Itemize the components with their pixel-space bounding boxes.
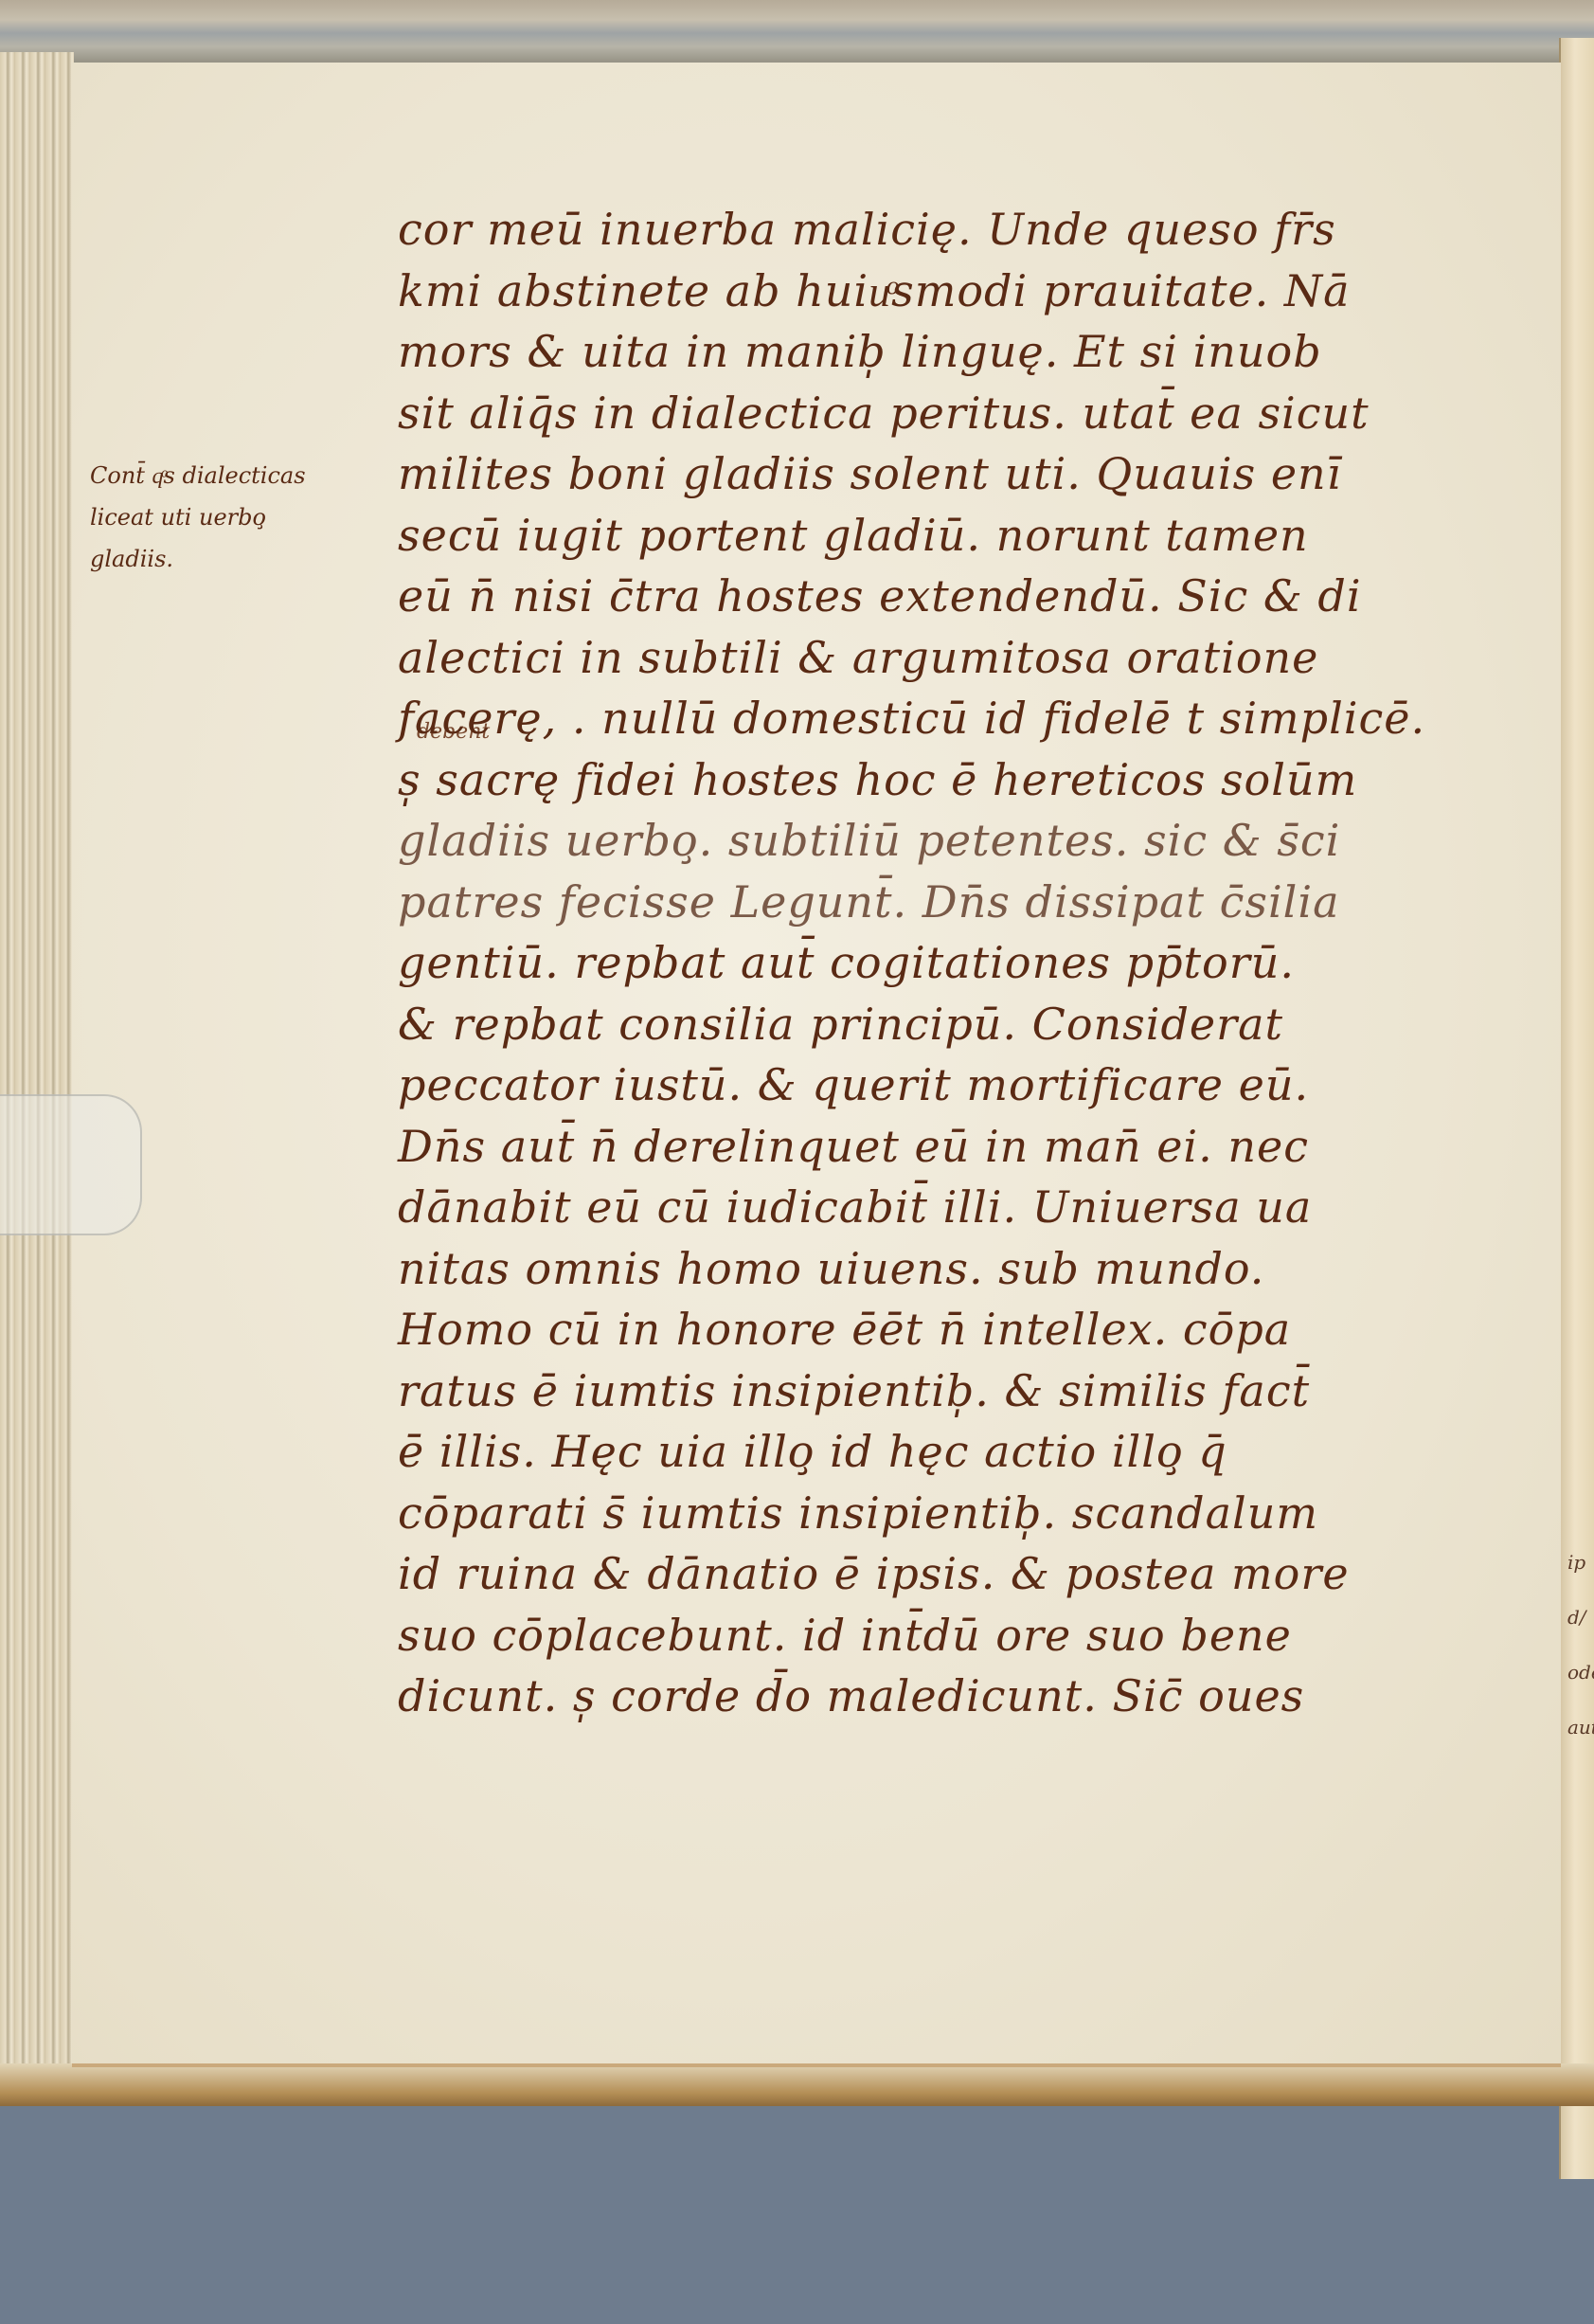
text-line: suo cōplacebunt. id int̄dū ore suo ben… <box>398 1605 1478 1666</box>
text-line: patres fecisse Legunt̄. Dn̄s dissipat c̄… <box>398 872 1478 933</box>
text-line: Dn̄s aut̄ n̄ derelinquet eū in man̄ ei.… <box>398 1116 1478 1178</box>
binding-top-edge <box>0 0 1594 66</box>
facing-fragment: ode <box>1567 1645 1594 1700</box>
margin-note-line: gladiis. <box>90 538 393 580</box>
facing-fragment: ip <box>1567 1535 1594 1590</box>
margin-note-line: Cont̄ qͦs dialecticas <box>90 455 393 496</box>
text-line: mors & uita in manib̩ linguę. Et si inu… <box>398 321 1478 383</box>
facing-fragment: aut. <box>1567 1700 1594 1755</box>
text-line: eū n̄ nisi c̄tra hostes extendendū. Si… <box>398 566 1478 627</box>
text-line: & repbat consilia principū. Considerat <box>398 994 1478 1055</box>
text-line: milites boni gladiis solent uti. Quauis … <box>398 443 1478 505</box>
text-line: cōparati s̄ iumtis insipientib̩. scanda… <box>398 1483 1478 1544</box>
text-line: sit aliq̄s in dialectica peritus. utat̄ … <box>398 383 1478 444</box>
margin-note-line: liceat uti uerbo̧ <box>90 496 393 538</box>
marginal-note: Cont̄ qͦs dialecticas liceat uti uerbo̧ … <box>90 455 393 580</box>
text-line: secū iugit portent gladiū. norunt tame… <box>398 505 1478 567</box>
text-line: gentiū. repbat aut̄ cogitationes pp̄tor… <box>398 932 1478 994</box>
page-holder-clip <box>0 1094 142 1235</box>
text-line: nitas omnis homo uiuens. sub mundo. <box>398 1238 1478 1300</box>
text-line: dānabit eū cū iudicabit̄ illi. Uniuer… <box>398 1177 1478 1238</box>
text-line: dicunt. s̩ corde d̄o maledicunt. Sic̄ ou… <box>398 1666 1478 1727</box>
stacked-page-edges <box>0 52 74 2099</box>
facing-fragment: d/ <box>1567 1590 1594 1645</box>
text-line: s̩ sacrę fidei hostes hoc ē hereticos … <box>398 749 1478 811</box>
main-text-block: cor meū inuerba malicię. Unde queso fr… <box>398 199 1478 1727</box>
text-line: alectici in subtili & argumitosa oration… <box>398 627 1478 689</box>
text-line: ratus ē iumtis insipientib̩. & similis … <box>398 1360 1478 1422</box>
book-gutter <box>1559 38 1594 2179</box>
facing-page-fragments: ip d/ ode aut. <box>1567 1535 1594 1755</box>
text-line: Homo cū in honore ēēt n̄ intellex. co… <box>398 1299 1478 1360</box>
text-line: kmi abstinete ab huiuͦsmodi prauitate. N… <box>398 261 1478 322</box>
text-line: id ruina & dānatio ē ipsis. & postea m… <box>398 1543 1478 1605</box>
text-line: facerę, . nullū domesticū id fidelē … <box>398 688 1478 749</box>
page-bottom-edge <box>0 2063 1594 2106</box>
text-line: gladiis uerbo̧. subtiliū petentes. sic … <box>398 810 1478 872</box>
text-line: cor meū inuerba malicię. Unde queso fr… <box>398 199 1478 261</box>
text-line: ē illis. Hęc uia illo̧ id hęc actio i… <box>398 1421 1478 1483</box>
text-line: peccator iustū. & querit mortificare eu… <box>398 1054 1478 1116</box>
